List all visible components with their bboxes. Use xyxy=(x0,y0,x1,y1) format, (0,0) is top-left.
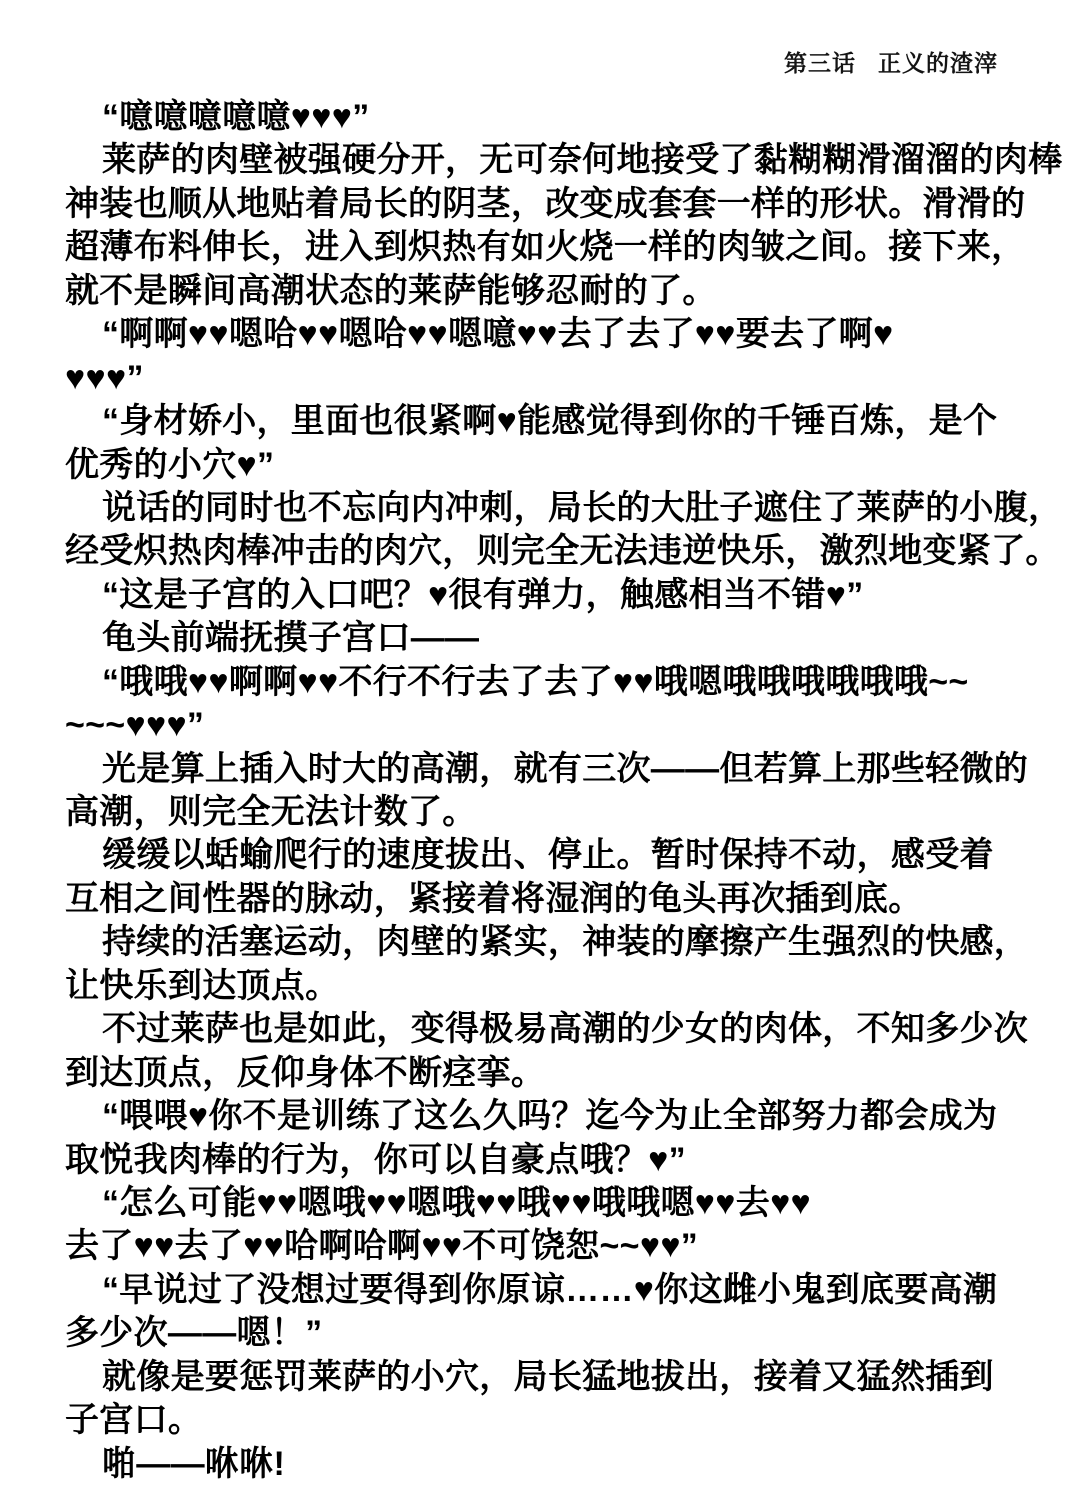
text-line: 就不是瞬间高潮状态的莱萨能够忍耐的了。 xyxy=(65,270,1063,313)
text-line: 优秀的小穴♥” xyxy=(65,444,1063,487)
text-line: “怎么可能♥♥嗯哦♥♥嗯哦♥♥哦♥♥哦哦嗯♥♥去♥♥ xyxy=(65,1182,1063,1225)
text-line: “喂喂♥你不是训练了这么久吗？迄今为止全部努力都会成为 xyxy=(65,1095,1063,1138)
text-line: 神装也顺从地贴着局长的阴茎，改变成套套一样的形状。滑滑的 xyxy=(65,183,1063,226)
text-line: 取悦我肉棒的行为，你可以自豪点哦？♥” xyxy=(65,1139,1063,1182)
text-line: 互相之间性器的脉动，紧接着将湿润的龟头再次插到底。 xyxy=(65,878,1063,921)
chapter-number: 第三话 xyxy=(784,51,856,76)
body-text: “噫噫噫噫噫♥♥♥”莱萨的肉壁被强硬分开，无可奈何地接受了黏糊糊滑溜溜的肉棒神装… xyxy=(65,96,1063,1486)
text-line: 高潮，则完全无法计数了。 xyxy=(65,791,1063,834)
text-line: ~~~♥♥♥” xyxy=(65,704,1063,747)
text-line: 缓缓以蛞蝓爬行的速度拔出、停止。暂时保持不动，感受着 xyxy=(65,834,1063,877)
text-line: “噫噫噫噫噫♥♥♥” xyxy=(65,96,1063,139)
text-line: 多少次——嗯！” xyxy=(65,1312,1063,1355)
text-line: 龟头前端抚摸子宫口—— xyxy=(65,617,1063,660)
text-line: “哦哦♥♥啊啊♥♥不行不行去了去了♥♥哦嗯哦哦哦哦哦哦~~ xyxy=(65,661,1063,704)
text-line: 啪——咻咻! xyxy=(65,1443,1063,1486)
page-header: 第三话正义的渣滓 xyxy=(784,45,998,78)
text-line: 到达顶点，反仰身体不断痉挛。 xyxy=(65,1052,1063,1095)
text-line: “早说过了没想过要得到你原谅……♥你这雌小鬼到底要高潮 xyxy=(65,1269,1063,1312)
text-line: 说话的同时也不忘向内冲刺，局长的大肚子遮住了莱萨的小腹， xyxy=(65,487,1063,530)
text-line: 光是算上插入时大的高潮，就有三次——但若算上那些轻微的 xyxy=(65,748,1063,791)
text-line: ♥♥♥” xyxy=(65,357,1063,400)
text-line: 让快乐到达顶点。 xyxy=(65,965,1063,1008)
text-line: “身材娇小，里面也很紧啊♥能感觉得到你的千锤百炼，是个 xyxy=(65,400,1063,443)
text-line: 超薄布料伸长，进入到炽热有如火烧一样的肉皱之间。接下来， xyxy=(65,226,1063,269)
text-line: 持续的活塞运动，肉壁的紧实，神装的摩擦产生强烈的快感， xyxy=(65,921,1063,964)
text-line: 经受炽热肉棒冲击的肉穴，则完全无法违逆快乐，激烈地变紧了。 xyxy=(65,530,1063,573)
chapter-title: 正义的渣滓 xyxy=(878,51,998,76)
text-line: “这是子宫的入口吧？♥很有弹力，触感相当不错♥” xyxy=(65,574,1063,617)
text-line: 去了♥♥去了♥♥哈啊哈啊♥♥不可饶恕~~♥♥” xyxy=(65,1225,1063,1268)
text-line: 莱萨的肉壁被强硬分开，无可奈何地接受了黏糊糊滑溜溜的肉棒 xyxy=(65,139,1063,182)
text-line: 子宫口。 xyxy=(65,1399,1063,1442)
text-line: “啊啊♥♥嗯哈♥♥嗯哈♥♥嗯噫♥♥去了去了♥♥要去了啊♥ xyxy=(65,313,1063,356)
text-line: 就像是要惩罚莱萨的小穴，局长猛地拔出，接着又猛然插到 xyxy=(65,1356,1063,1399)
novel-page: 第三话正义的渣滓 “噫噫噫噫噫♥♥♥”莱萨的肉壁被强硬分开，无可奈何地接受了黏糊… xyxy=(0,0,1080,1512)
text-line: 不过莱萨也是如此，变得极易高潮的少女的肉体，不知多少次 xyxy=(65,1008,1063,1051)
